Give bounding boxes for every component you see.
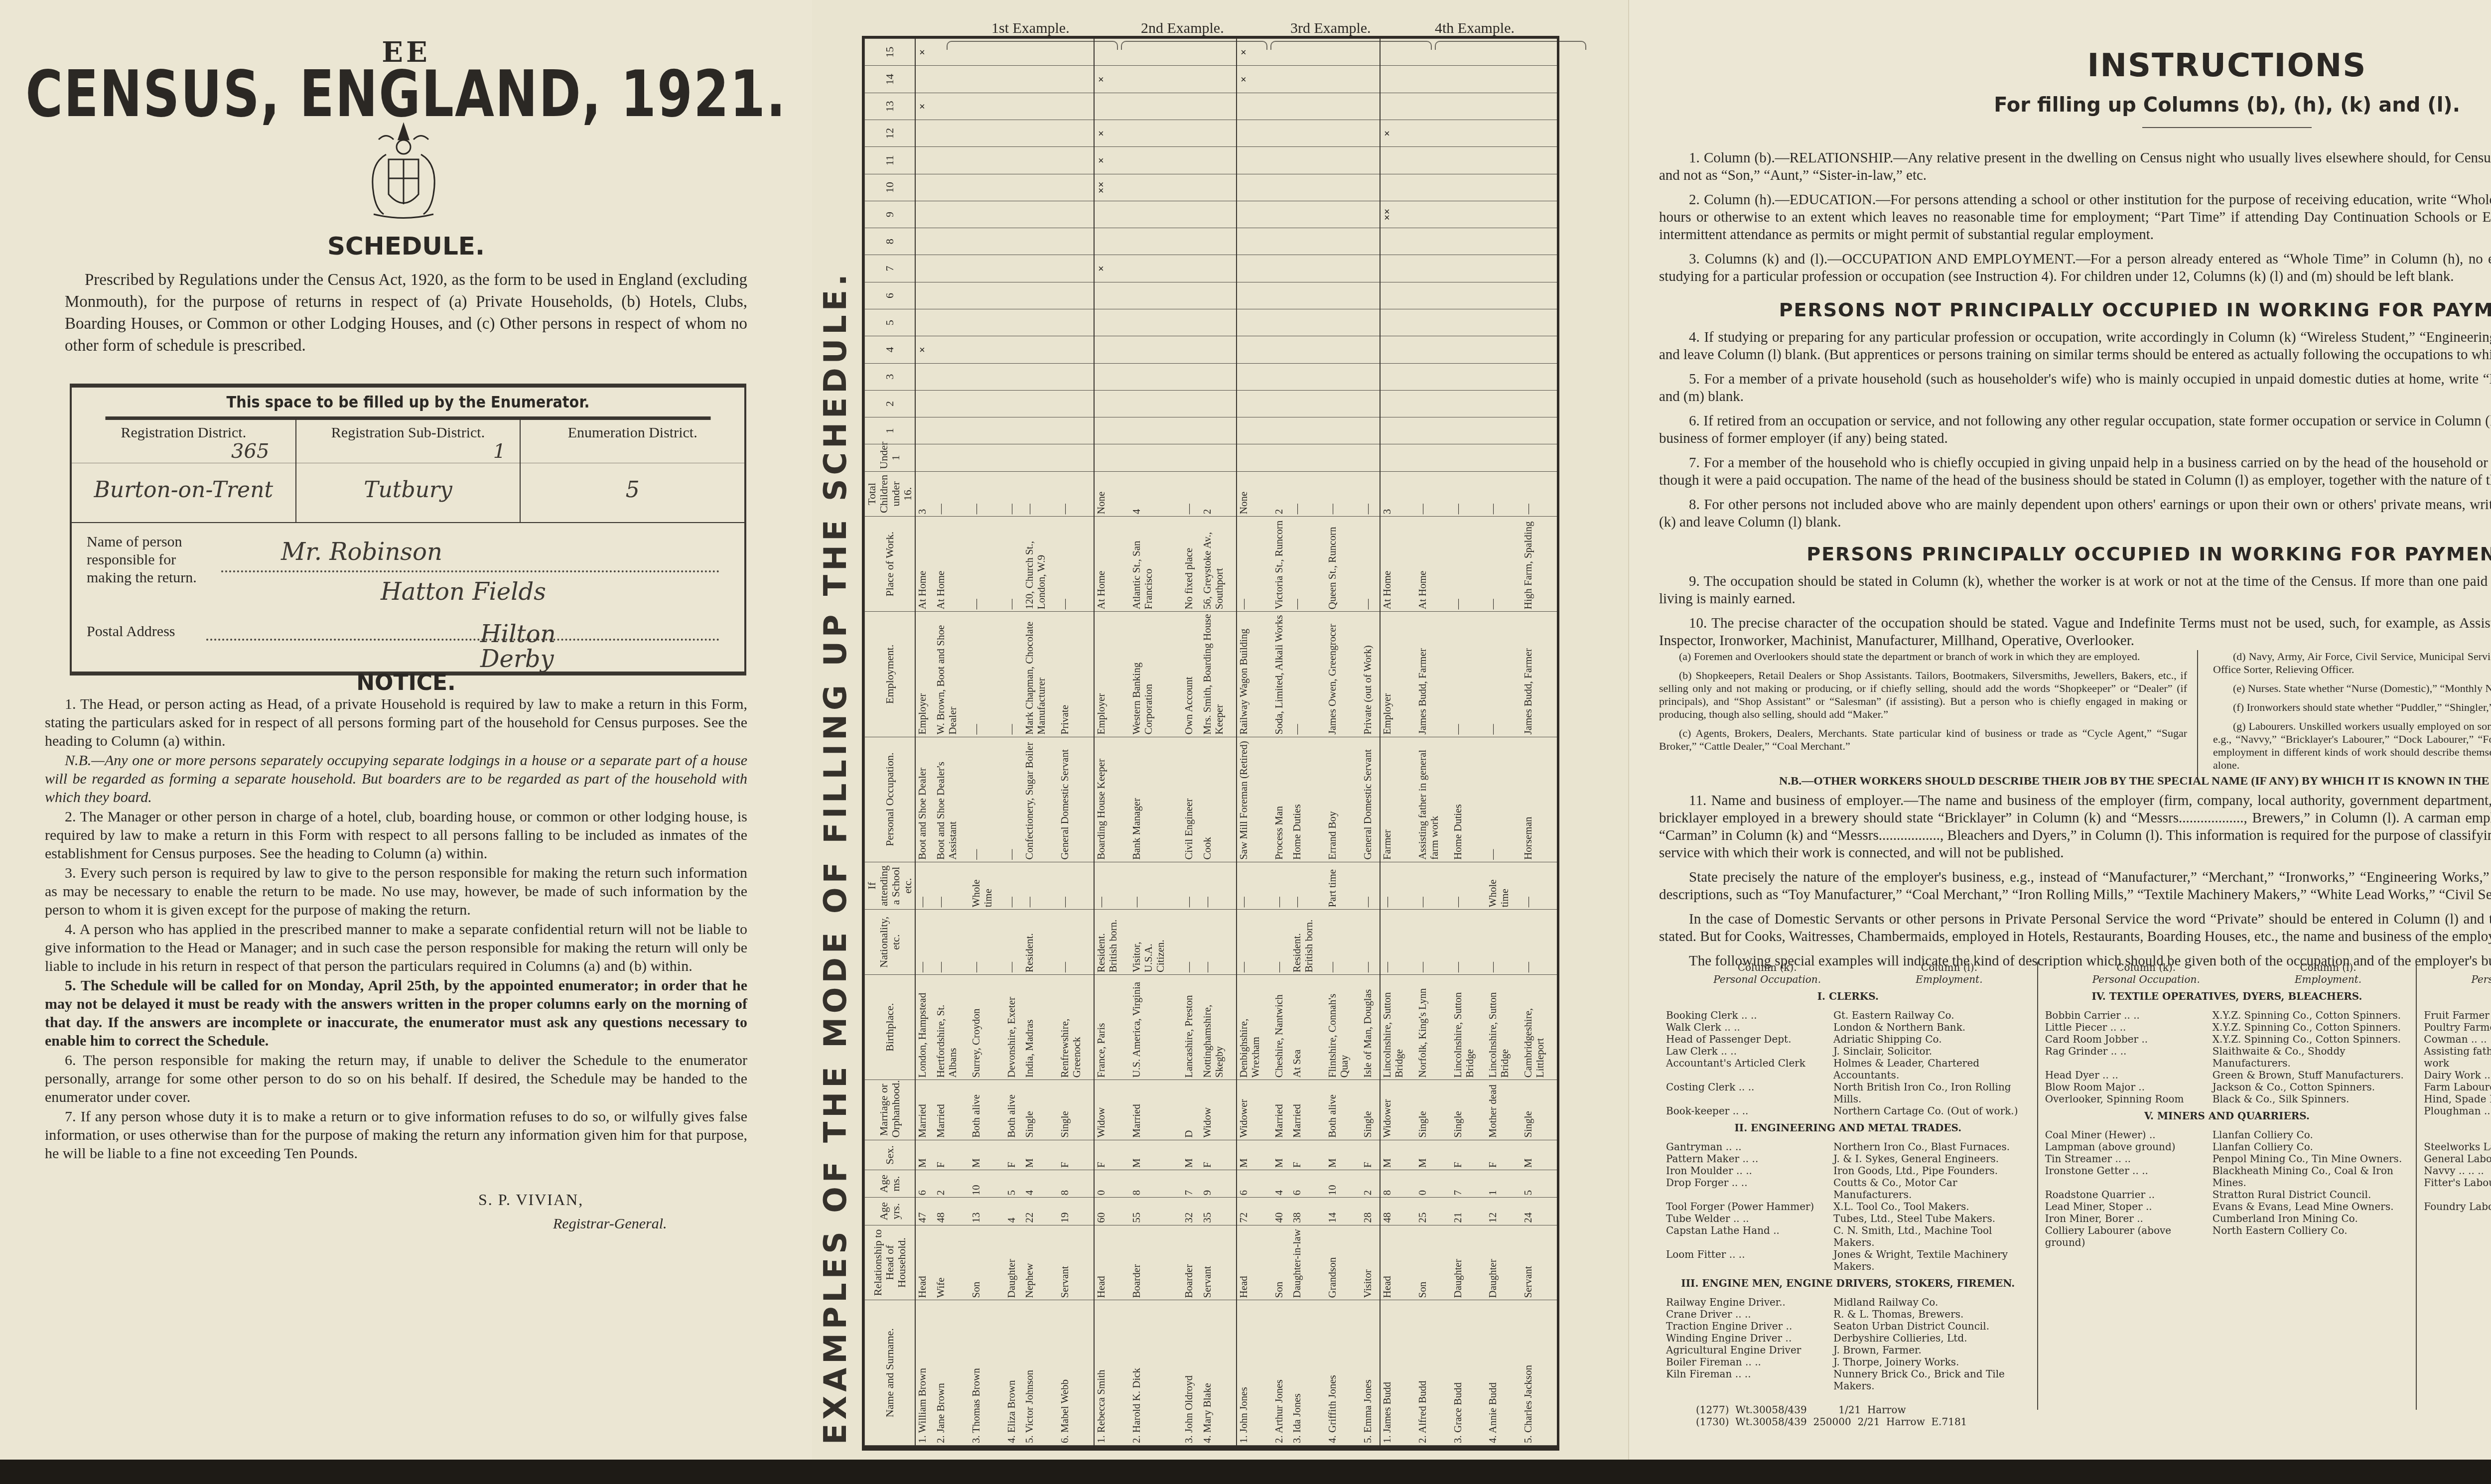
col-header-place-of-work: Place of Work. (865, 517, 916, 612)
child-age-cell (969, 417, 1005, 444)
child-age-cell (1130, 201, 1182, 228)
cell-ms: 2 (934, 1170, 969, 1198)
postal-address-line2: Hilton (480, 620, 556, 648)
child-age-cell (1237, 282, 1272, 309)
cell-name: 4. Annie Budd (1486, 1300, 1522, 1446)
example-entry: Farm Labourer .. ..E. Bethel, Market Gar… (2424, 1081, 2491, 1093)
cell-sex: M (1416, 1140, 1451, 1170)
child-age-cell (1023, 120, 1058, 147)
cell-occ: Horseman (1522, 737, 1557, 862)
child-age-col: 6 (865, 282, 916, 309)
child-age-cell (1361, 309, 1380, 336)
child-age-cell (1201, 120, 1237, 147)
child-age-cell (1130, 66, 1182, 93)
enumerator-box-heading: This space to be filled up by the Enumer… (106, 388, 711, 420)
cell-school: — (1361, 862, 1380, 910)
row-number: 1. (1095, 1433, 1107, 1443)
enumeration-district-label: Enumeration District. (521, 420, 744, 463)
imprint-line: (1730) Wt.30058/439 250000 2/21 Harrow E… (1696, 1416, 2030, 1428)
cell-mar: Married (1130, 1080, 1182, 1140)
child-age-cell (1237, 309, 1272, 336)
child-age-cell (1326, 282, 1361, 309)
example-entry: Traction Engine Driver ..Seaton Urban Di… (1666, 1320, 2030, 1332)
child-age-cell (915, 390, 934, 417)
child-age-cell (1290, 417, 1326, 444)
cell-ms: 2 (1361, 1170, 1380, 1198)
child-age-cell (1182, 147, 1201, 174)
cell-yrs: 4 (1005, 1198, 1023, 1225)
cell-nat: — (1005, 910, 1023, 975)
child-age-cell (1380, 336, 1416, 363)
child-age-cell (1182, 444, 1201, 471)
child-age-cell (915, 255, 934, 282)
child-age-cell (1522, 390, 1557, 417)
employment: Evans & Evans, Lead Mine Owners. (2213, 1201, 2409, 1213)
child-age-cell (1130, 255, 1182, 282)
row-number: 2. (935, 1433, 947, 1443)
employment: Seaton Urban District Council. (1833, 1320, 2030, 1332)
child-age-col: 9 (865, 201, 916, 228)
example-row: 1. William BrownHead476MMarriedLondon, H… (915, 39, 934, 1446)
cell-occ: Boot and Shoe Dealer (915, 737, 934, 862)
child-age-cell (1058, 363, 1094, 390)
child-age-cell (934, 174, 969, 201)
cell-sex: M (1130, 1140, 1182, 1170)
cell-ms: 7 (1182, 1170, 1201, 1198)
cell-birth: Denbighshire, Wrexham (1237, 975, 1272, 1080)
child-age-cell (1005, 390, 1023, 417)
example-entry: Overlooker, Spinning RoomBlack & Co., Si… (2045, 1093, 2409, 1105)
child-age-cell (1290, 120, 1326, 147)
child-age-cell (1023, 255, 1058, 282)
child-age-cell: ×× (1094, 174, 1130, 201)
cell-total: — (1182, 471, 1201, 516)
cell-occ: Boot and Shoe Dealer's Assistant (934, 737, 969, 862)
child-age-cell (1380, 147, 1416, 174)
cell-yrs: 24 (1522, 1198, 1557, 1225)
example-entry: Law Clerk .. ..J. Sinclair, Solicitor. (1666, 1045, 2030, 1057)
cell-rel: Servant (1201, 1225, 1237, 1300)
child-age-cell (1237, 417, 1272, 444)
child-age-cell (934, 147, 969, 174)
child-age-cell (934, 336, 969, 363)
employment: J. Thorpe, Joinery Works. (1833, 1356, 2030, 1368)
cell-occ: General Domestic Servant (1361, 737, 1380, 862)
cell-nat: — (1182, 910, 1201, 975)
child-age-cell (1272, 282, 1291, 309)
child-age-cell (1201, 444, 1237, 471)
child-age-cell (1416, 336, 1451, 363)
child-age-cell (1272, 390, 1291, 417)
child-age-cell (1237, 120, 1272, 147)
cell-sex: F (1058, 1140, 1094, 1170)
child-age-cell (1201, 39, 1237, 66)
cell-place: — (1290, 517, 1326, 612)
cell-place: — (1237, 517, 1272, 612)
cell-yrs: 72 (1237, 1198, 1272, 1225)
example-row: 2. Alfred BuddSon250MSingleNorfolk, King… (1416, 39, 1451, 1446)
child-age-cell (1522, 66, 1557, 93)
cell-school: — (1023, 862, 1058, 910)
child-age-cell (1272, 444, 1291, 471)
instruction-item: 9. The occupation should be stated in Co… (1659, 573, 2491, 608)
cell-place: — (1058, 517, 1094, 612)
cell-ms: 1 (1486, 1170, 1522, 1198)
personal-occupation: Dairy Work .. .. (2424, 1069, 2491, 1081)
cell-school: — (1094, 862, 1130, 910)
child-age-cell (1361, 336, 1380, 363)
child-age-cell (934, 282, 969, 309)
cell-mar: Both alive (969, 1080, 1005, 1140)
example-entry: Iron Miner, Borer ..Cumberland Iron Mini… (2045, 1213, 2409, 1224)
child-age-cell: × (1094, 147, 1130, 174)
signatory-title: Registrar-General. (553, 1215, 667, 1232)
cell-nat: — (969, 910, 1005, 975)
cell-name: 1. William Brown (915, 1300, 934, 1446)
example-entry: Agricultural Engine DriverJ. Brown, Farm… (1666, 1344, 2030, 1356)
notice-item: 6. The person responsible for making the… (45, 1051, 747, 1106)
cell-total: — (1326, 471, 1361, 516)
example-entry: Head of Passenger Dept.Adriatic Shipping… (1666, 1033, 2030, 1045)
cell-emp: Mrs. Smith, Boarding House Keeper (1201, 612, 1237, 737)
instruction-item: 4. If studying or preparing for any part… (1659, 329, 2491, 364)
child-age-cell (1201, 174, 1237, 201)
employment: X.L. Tool Co., Tool Makers. (1833, 1201, 2030, 1213)
cell-occ: Bank Manager (1130, 737, 1182, 862)
subclause: (d) Navy, Army, Air Force, Civil Service… (2213, 650, 2491, 676)
child-age-cell (1486, 444, 1522, 471)
child-age-cell (969, 147, 1005, 174)
child-age-cell (969, 201, 1005, 228)
personal-occupation: Agricultural Engine Driver (1666, 1344, 1833, 1356)
instructions-top: 1. Column (b).—RELATIONSHIP.—Any relativ… (1659, 149, 2491, 292)
cell-rel: Head (1237, 1225, 1272, 1300)
cell-emp: — (1290, 612, 1326, 737)
employment: North British Iron Co., Iron Rolling Mil… (1833, 1081, 2030, 1105)
imprint-line: (1277) Wt.30058/439 1/21 Harrow (1696, 1404, 2030, 1416)
example-entry: Rag Grinder .. ..Slaithwaite & Co., Shod… (2045, 1045, 2409, 1069)
personal-occupation: Navvy .. .. .. (2424, 1165, 2491, 1177)
personal-occupation: Fitter's Labourer .. (2424, 1177, 2491, 1201)
example-entry: General Labourer ..Soda, Ltd., Alkali Ma… (2424, 1153, 2491, 1165)
child-age-cell (1290, 255, 1326, 282)
child-age-cell (1522, 444, 1557, 471)
child-age-cell (1486, 201, 1522, 228)
child-age-cell (1058, 93, 1094, 120)
column-header: Column (k).Personal Occupation.Column (l… (1666, 961, 2030, 985)
child-age-cell: × (1237, 66, 1272, 93)
postal-address-line[interactable] (206, 639, 719, 641)
cell-sex: F (1094, 1140, 1130, 1170)
child-age-cell (1361, 39, 1380, 66)
personal-occupation: Tin Streamer .. .. (2045, 1153, 2213, 1165)
cell-sex: F (1005, 1140, 1023, 1170)
child-age-cell (1005, 39, 1023, 66)
cell-place: At Home (1380, 517, 1416, 612)
cell-yrs: 14 (1326, 1198, 1361, 1225)
child-age-cell (1522, 174, 1557, 201)
child-age-cell (1486, 93, 1522, 120)
cell-rel: Wife (934, 1225, 969, 1300)
child-age-cell (1361, 228, 1380, 255)
child-age-cell (1361, 201, 1380, 228)
cell-sex: M (969, 1140, 1005, 1170)
example-row: 5. Emma JonesVisitor282FSingleIsle of Ma… (1361, 39, 1380, 1446)
cell-sex: F (1290, 1140, 1326, 1170)
employment: Black & Co., Silk Spinners. (2213, 1093, 2409, 1105)
child-age-cell (934, 120, 969, 147)
cell-sex: M (915, 1140, 934, 1170)
child-age-cell (915, 309, 934, 336)
child-age-cell (1058, 444, 1094, 471)
cell-birth: Flintshire, Connah's Quay (1326, 975, 1361, 1080)
cell-birth: Surrey, Croydon (969, 975, 1005, 1080)
child-age-cell (1290, 444, 1326, 471)
child-age-cell (1023, 228, 1058, 255)
child-age-cell (1058, 174, 1094, 201)
cell-name: 3. Ida Jones (1290, 1300, 1326, 1446)
child-age-cell (934, 309, 969, 336)
child-age-cell (1005, 309, 1023, 336)
child-age-cell (1130, 39, 1182, 66)
child-age-cell (1130, 282, 1182, 309)
col-l-sub: Employment. (2295, 973, 2361, 985)
child-age-cell (1361, 444, 1380, 471)
personal-occupation: Pattern Maker .. .. (1666, 1153, 1833, 1165)
cell-yrs: 12 (1486, 1198, 1522, 1225)
child-age-cell (1094, 417, 1130, 444)
child-age-cell (1058, 120, 1094, 147)
col-header-occupation: Personal Occupation. (865, 737, 916, 862)
responsible-person-line[interactable] (221, 570, 719, 572)
example-entry: Dairy Work .. ..J. Sinclair, Farmer. (2424, 1069, 2491, 1081)
child-age-cell (934, 255, 969, 282)
employment: C. N. Smith, Ltd., Machine Tool Makers. (1833, 1224, 2030, 1248)
example-entry: Colliery Labourer (above ground)North Ea… (2045, 1224, 2409, 1248)
example-entry: Fitter's Labourer ..Brown & Sharp, Agric… (2424, 1177, 2491, 1201)
example-row: 4. Eliza BrownDaughter45FBoth aliveDevon… (1005, 39, 1023, 1446)
child-age-cell (1005, 255, 1023, 282)
child-age-cell (1272, 336, 1291, 363)
child-age-cell (1130, 336, 1182, 363)
cell-mar: Married (1290, 1080, 1326, 1140)
child-age-cell (1522, 201, 1557, 228)
child-age-cell (1416, 417, 1451, 444)
instructions-title: INSTRUCTIONS (1629, 47, 2491, 84)
col-header-employment: Employment. (865, 612, 916, 737)
employment: London & Northern Bank. (1833, 1021, 2030, 1033)
col-header-marriage: Marriage or Orphanhood. (865, 1080, 916, 1140)
postal-address-line1: Hatton Fields (381, 578, 546, 606)
instructions-mid: 4. If studying or preparing for any part… (1659, 329, 2491, 538)
child-age-cell (1023, 309, 1058, 336)
child-age-cell (1522, 309, 1557, 336)
child-age-col: 1 (865, 417, 916, 444)
row-number: 4. (1487, 1433, 1499, 1443)
cell-mar: Single (1023, 1080, 1058, 1140)
example-row: 1. John JonesHead726MWidowerDenbighshire… (1237, 39, 1272, 1446)
col-k-sub: Personal Occupation. (2471, 973, 2491, 985)
child-age-cell (1326, 228, 1361, 255)
registration-sub-district-field[interactable]: Registration Sub-District. 1 Tutbury (296, 420, 521, 522)
child-age-cell (1361, 93, 1380, 120)
col-header-name: Name and Surname. (865, 1300, 916, 1446)
child-age-cell (1130, 309, 1182, 336)
example-group-heading: IV. TEXTILE OPERATIVES, DYERS, BLEACHERS… (2045, 990, 2409, 1002)
child-age-cell (1201, 282, 1237, 309)
child-age-cell (915, 201, 934, 228)
cell-nat: — (1237, 910, 1272, 975)
row-number: 3. (1452, 1433, 1464, 1443)
registration-district-field[interactable]: Registration District. 365 Burton-on-Tre… (72, 420, 296, 522)
personal-occupation: Card Room Jobber .. (2045, 1033, 2213, 1045)
child-age-cell (1023, 174, 1058, 201)
cell-yrs: 48 (1380, 1198, 1416, 1225)
example-entry: Walk Clerk .. ..London & Northern Bank. (1666, 1021, 2030, 1033)
child-age-cell (1416, 390, 1451, 417)
child-age-cell (1290, 228, 1326, 255)
child-age-cell (1416, 174, 1451, 201)
example-entry: Head Dyer .. ..Green & Brown, Stuff Manu… (2045, 1069, 2409, 1081)
example-entry: Lampman (above ground)Llanfan Colliery C… (2045, 1141, 2409, 1153)
child-age-cell (1023, 363, 1058, 390)
cell-birth: Cheshire, Nantwich (1272, 975, 1291, 1080)
cell-ms: 6 (1237, 1170, 1272, 1198)
cell-sex: M (1326, 1140, 1361, 1170)
personal-occupation: Drop Forger .. .. (1666, 1177, 1833, 1201)
cell-rel: Daughter (1451, 1225, 1487, 1300)
child-age-cell (1005, 120, 1023, 147)
cell-yrs: 21 (1451, 1198, 1487, 1225)
cell-nat: — (1380, 910, 1416, 975)
child-age-col: 14 (865, 66, 916, 93)
child-age-col: 5 (865, 309, 916, 336)
child-age-cell (1201, 336, 1237, 363)
cell-birth: U.S. America, Virginia (1130, 975, 1182, 1080)
col-k-sub: Personal Occupation. (1713, 973, 1821, 985)
child-age-cell (1272, 228, 1291, 255)
example-entry: Cowman .. .. ..J. Sinclair, Farmer. (2424, 1033, 2491, 1045)
notice-item: 2. The Manager or other person in charge… (45, 808, 747, 863)
cell-mar: Single (1522, 1080, 1557, 1140)
schedule-heading: SCHEDULE. (0, 232, 812, 261)
child-age-cell (934, 93, 969, 120)
notice-item: 5. The Schedule will be called for on Mo… (45, 976, 747, 1050)
col-k-sub: Personal Occupation. (2092, 973, 2200, 985)
cell-school: — (1290, 862, 1326, 910)
cell-school: — (1272, 862, 1291, 910)
cell-ms: 10 (969, 1170, 1005, 1198)
registration-district-value: Burton-on-Trent (72, 463, 295, 503)
cell-name: 2. Alfred Budd (1416, 1300, 1451, 1446)
child-age-cell (1005, 201, 1023, 228)
cell-yrs: 22 (1023, 1198, 1058, 1225)
child-age-cell (1451, 309, 1487, 336)
cell-emp: — (1486, 612, 1522, 737)
employment: Jackson & Co., Cotton Spinners. (2213, 1081, 2409, 1093)
child-age-cell (1451, 39, 1487, 66)
cell-sex: F (1451, 1140, 1487, 1170)
employment: Stratton Rural District Council. (2213, 1189, 2409, 1201)
cell-ms: 4 (1023, 1170, 1058, 1198)
child-age-cell (969, 120, 1005, 147)
example-label-1: 1st Example. (991, 20, 1070, 37)
row-number: 2. (1130, 1433, 1142, 1443)
child-age-cell: × (1094, 120, 1130, 147)
example-row: 4. Griffith JonesGrandson1410MBoth alive… (1326, 39, 1361, 1446)
instructions-subtitle: For filling up Columns (b), (h), (k) and… (1629, 94, 2491, 117)
child-age-cell (1326, 444, 1361, 471)
child-age-cell (1290, 174, 1326, 201)
child-age-cell (1023, 390, 1058, 417)
cell-yrs: 35 (1201, 1198, 1237, 1225)
child-age-cell (1023, 417, 1058, 444)
child-age-cell (934, 417, 969, 444)
section-heading-occupied: PERSONS PRINCIPALLY OCCUPIED IN WORKING … (1659, 543, 2491, 565)
example-entry: Loom Fitter .. ..Jones & Wright, Textile… (1666, 1248, 2030, 1272)
personal-occupation: Boiler Fireman .. .. (1666, 1356, 1833, 1368)
cell-yrs: 32 (1182, 1198, 1201, 1225)
child-age-cell (1380, 444, 1416, 471)
cell-yrs: 40 (1272, 1198, 1291, 1225)
cell-occ: Boarding House Keeper (1094, 737, 1130, 862)
child-age-cell (1326, 336, 1361, 363)
child-age-cell (1237, 390, 1272, 417)
child-age-cell (1380, 282, 1416, 309)
col-header-school: If attending a School etc. (865, 862, 916, 910)
cell-nat: Resident. (1023, 910, 1058, 975)
child-age-cell (1380, 39, 1416, 66)
cell-place: 56, Greystoke Av., Southport (1201, 517, 1237, 612)
cell-nat: — (915, 910, 934, 975)
child-age-cell (1094, 228, 1130, 255)
child-age-cell (1005, 363, 1023, 390)
child-age-cell (1182, 336, 1201, 363)
enumeration-district-field[interactable]: Enumeration District. 5 (521, 420, 744, 522)
cell-name: 3. Thomas Brown (969, 1300, 1005, 1446)
child-age-cell (1058, 201, 1094, 228)
child-age-cell (915, 363, 934, 390)
child-age-cell (1130, 120, 1182, 147)
subclause: (e) Nurses. State whether “Nurse (Domest… (2213, 682, 2491, 695)
cell-emp: James Owen, Greengrocer (1326, 612, 1361, 737)
child-age-cell (1361, 120, 1380, 147)
royal-coat-of-arms-icon (359, 120, 448, 224)
personal-occupation: Booking Clerk .. .. (1666, 1009, 1833, 1021)
instruction-item: 10. The precise character of the occupat… (1659, 615, 2491, 650)
examples-column-3: Column (k).Personal Occupation.Column (l… (2416, 961, 2491, 1410)
child-age-col: 4 (865, 336, 916, 363)
child-age-cell: × (1094, 255, 1130, 282)
child-age-cell (1182, 120, 1201, 147)
cell-school: — (915, 862, 934, 910)
cell-total: 2 (1201, 471, 1237, 516)
child-age-cell (1130, 174, 1182, 201)
cell-sex: M (1272, 1140, 1291, 1170)
cell-rel: Boarder (1130, 1225, 1182, 1300)
child-age-cell (969, 282, 1005, 309)
example-entry: Tool Forger (Power Hammer)X.L. Tool Co.,… (1666, 1201, 2030, 1213)
cell-occ: Cook (1201, 737, 1237, 862)
col-l-label: Column (l). (1921, 961, 1977, 973)
subclause: (b) Shopkeepers, Retail Dealers or Shop … (1659, 669, 2187, 721)
col-header-age-ms: Age ms. (865, 1170, 916, 1198)
cell-total: — (1416, 471, 1451, 516)
personal-occupation: Fruit Farmer .. .. (2424, 1009, 2491, 1021)
child-age-cell (1522, 228, 1557, 255)
child-age-cell (1237, 174, 1272, 201)
col-header-birthplace: Birthplace. (865, 975, 916, 1080)
